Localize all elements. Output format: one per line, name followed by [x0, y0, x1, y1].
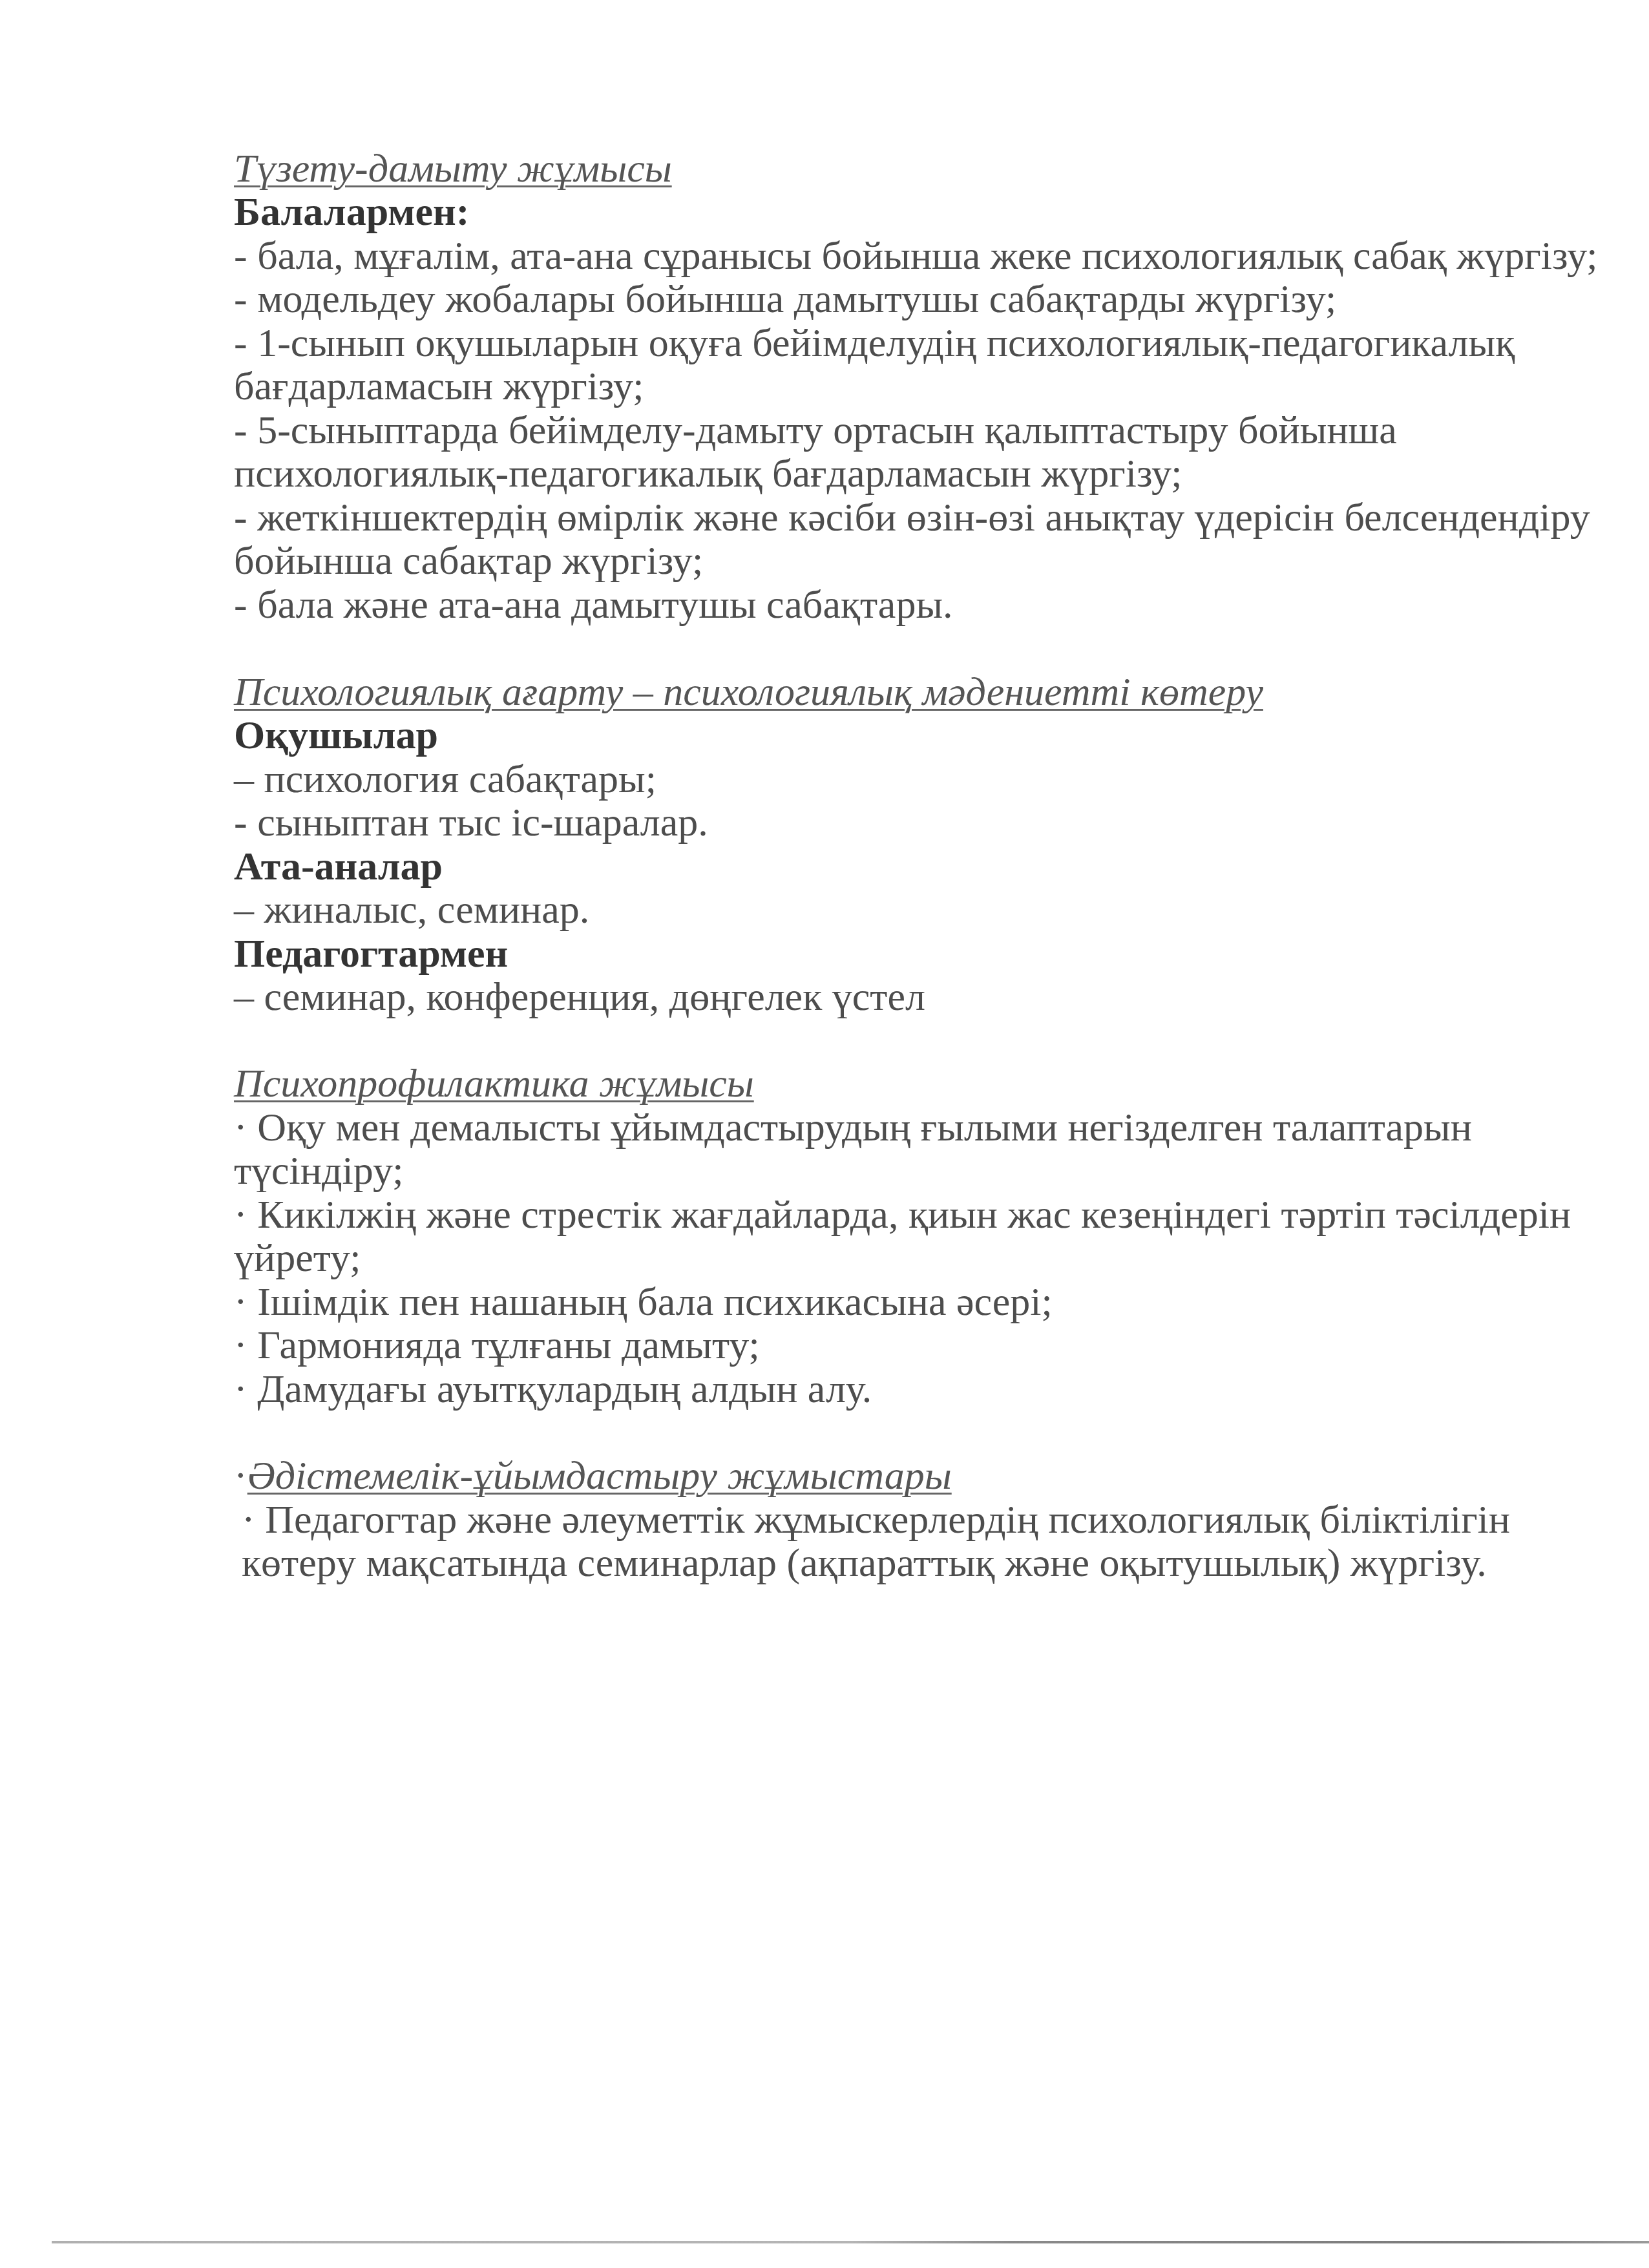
section-heading-methodology: ·Әдістемелік-ұйымдастыру жұмыстары: [234, 1456, 952, 1496]
list-item: - сыныптан тыс іс-шаралар.: [234, 803, 708, 843]
group-label-children: Балалармен:: [234, 192, 469, 232]
list-item: - бала және ата-ана дамытушы сабақтары.: [234, 585, 953, 625]
list-item-continuation: бойынша сабақтар жүргізу;: [234, 541, 703, 581]
group-label-teachers: Педагогтармен: [234, 934, 508, 974]
section-heading-text: Психологиялық ағарту – психологиялық мәд…: [234, 670, 1263, 714]
list-item: – семинар, конференция, дөңгелек үстел: [234, 977, 925, 1017]
section-heading-text: Түзету-дамыту жұмысы: [234, 147, 672, 191]
list-item: – психология сабақтары;: [234, 759, 656, 799]
list-item: · Педагогтар және әлеуметтік жұмыскерлер…: [242, 1500, 1510, 1540]
list-item: - бала, мұғалім, ата-ана сұранысы бойынш…: [234, 236, 1598, 276]
list-item-continuation: көтеру мақсатында семинарлар (ақпараттық…: [242, 1543, 1487, 1583]
group-label-students: Оқушылар: [234, 715, 438, 755]
list-item: - жеткіншектердің өмірлік және кәсіби өз…: [234, 498, 1590, 538]
list-item-continuation: психологиялық-педагогикалық бағдарламасы…: [234, 454, 1182, 494]
list-item-continuation: түсіндіру;: [234, 1151, 403, 1191]
list-item: - модельдеу жобалары бойынша дамытушы са…: [234, 279, 1336, 319]
section-heading-text: Психопрофилактика жұмысы: [234, 1062, 754, 1106]
section-heading-education: Психологиялық ағарту – психологиялық мәд…: [234, 672, 1263, 712]
list-item: · Оқу мен демалысты ұйымдастырудың ғылым…: [234, 1108, 1472, 1148]
list-item: - 5-сыныптарда бейімделу-дамыту ортасын …: [234, 410, 1397, 450]
list-item: · Гармонияда тұлғаны дамыту;: [234, 1325, 760, 1365]
list-item: - 1-сынып оқушыларын оқуға бейімделудің …: [234, 323, 1515, 363]
scan-edge-line: [52, 2241, 1649, 2243]
group-label-parents: Ата-аналар: [234, 846, 443, 887]
section-heading-prevention: Психопрофилактика жұмысы: [234, 1064, 754, 1104]
section-heading-correction: Түзету-дамыту жұмысы: [234, 149, 672, 189]
list-item-continuation: бағдарламасын жүргізу;: [234, 366, 644, 406]
list-item-continuation: үйрету;: [234, 1238, 361, 1278]
list-item: – жиналыс, семинар.: [234, 890, 589, 930]
list-item: · Кикілжің және стрестік жағдайларда, қи…: [234, 1195, 1571, 1235]
list-item: · Дамудағы ауытқулардың алдын алу.: [234, 1369, 872, 1409]
list-item: · Ішімдік пен нашаның бала психикасына ә…: [234, 1282, 1053, 1322]
bullet-dot: ·: [234, 1454, 247, 1498]
section-heading-text: Әдістемелік-ұйымдастыру жұмыстары: [247, 1454, 952, 1498]
